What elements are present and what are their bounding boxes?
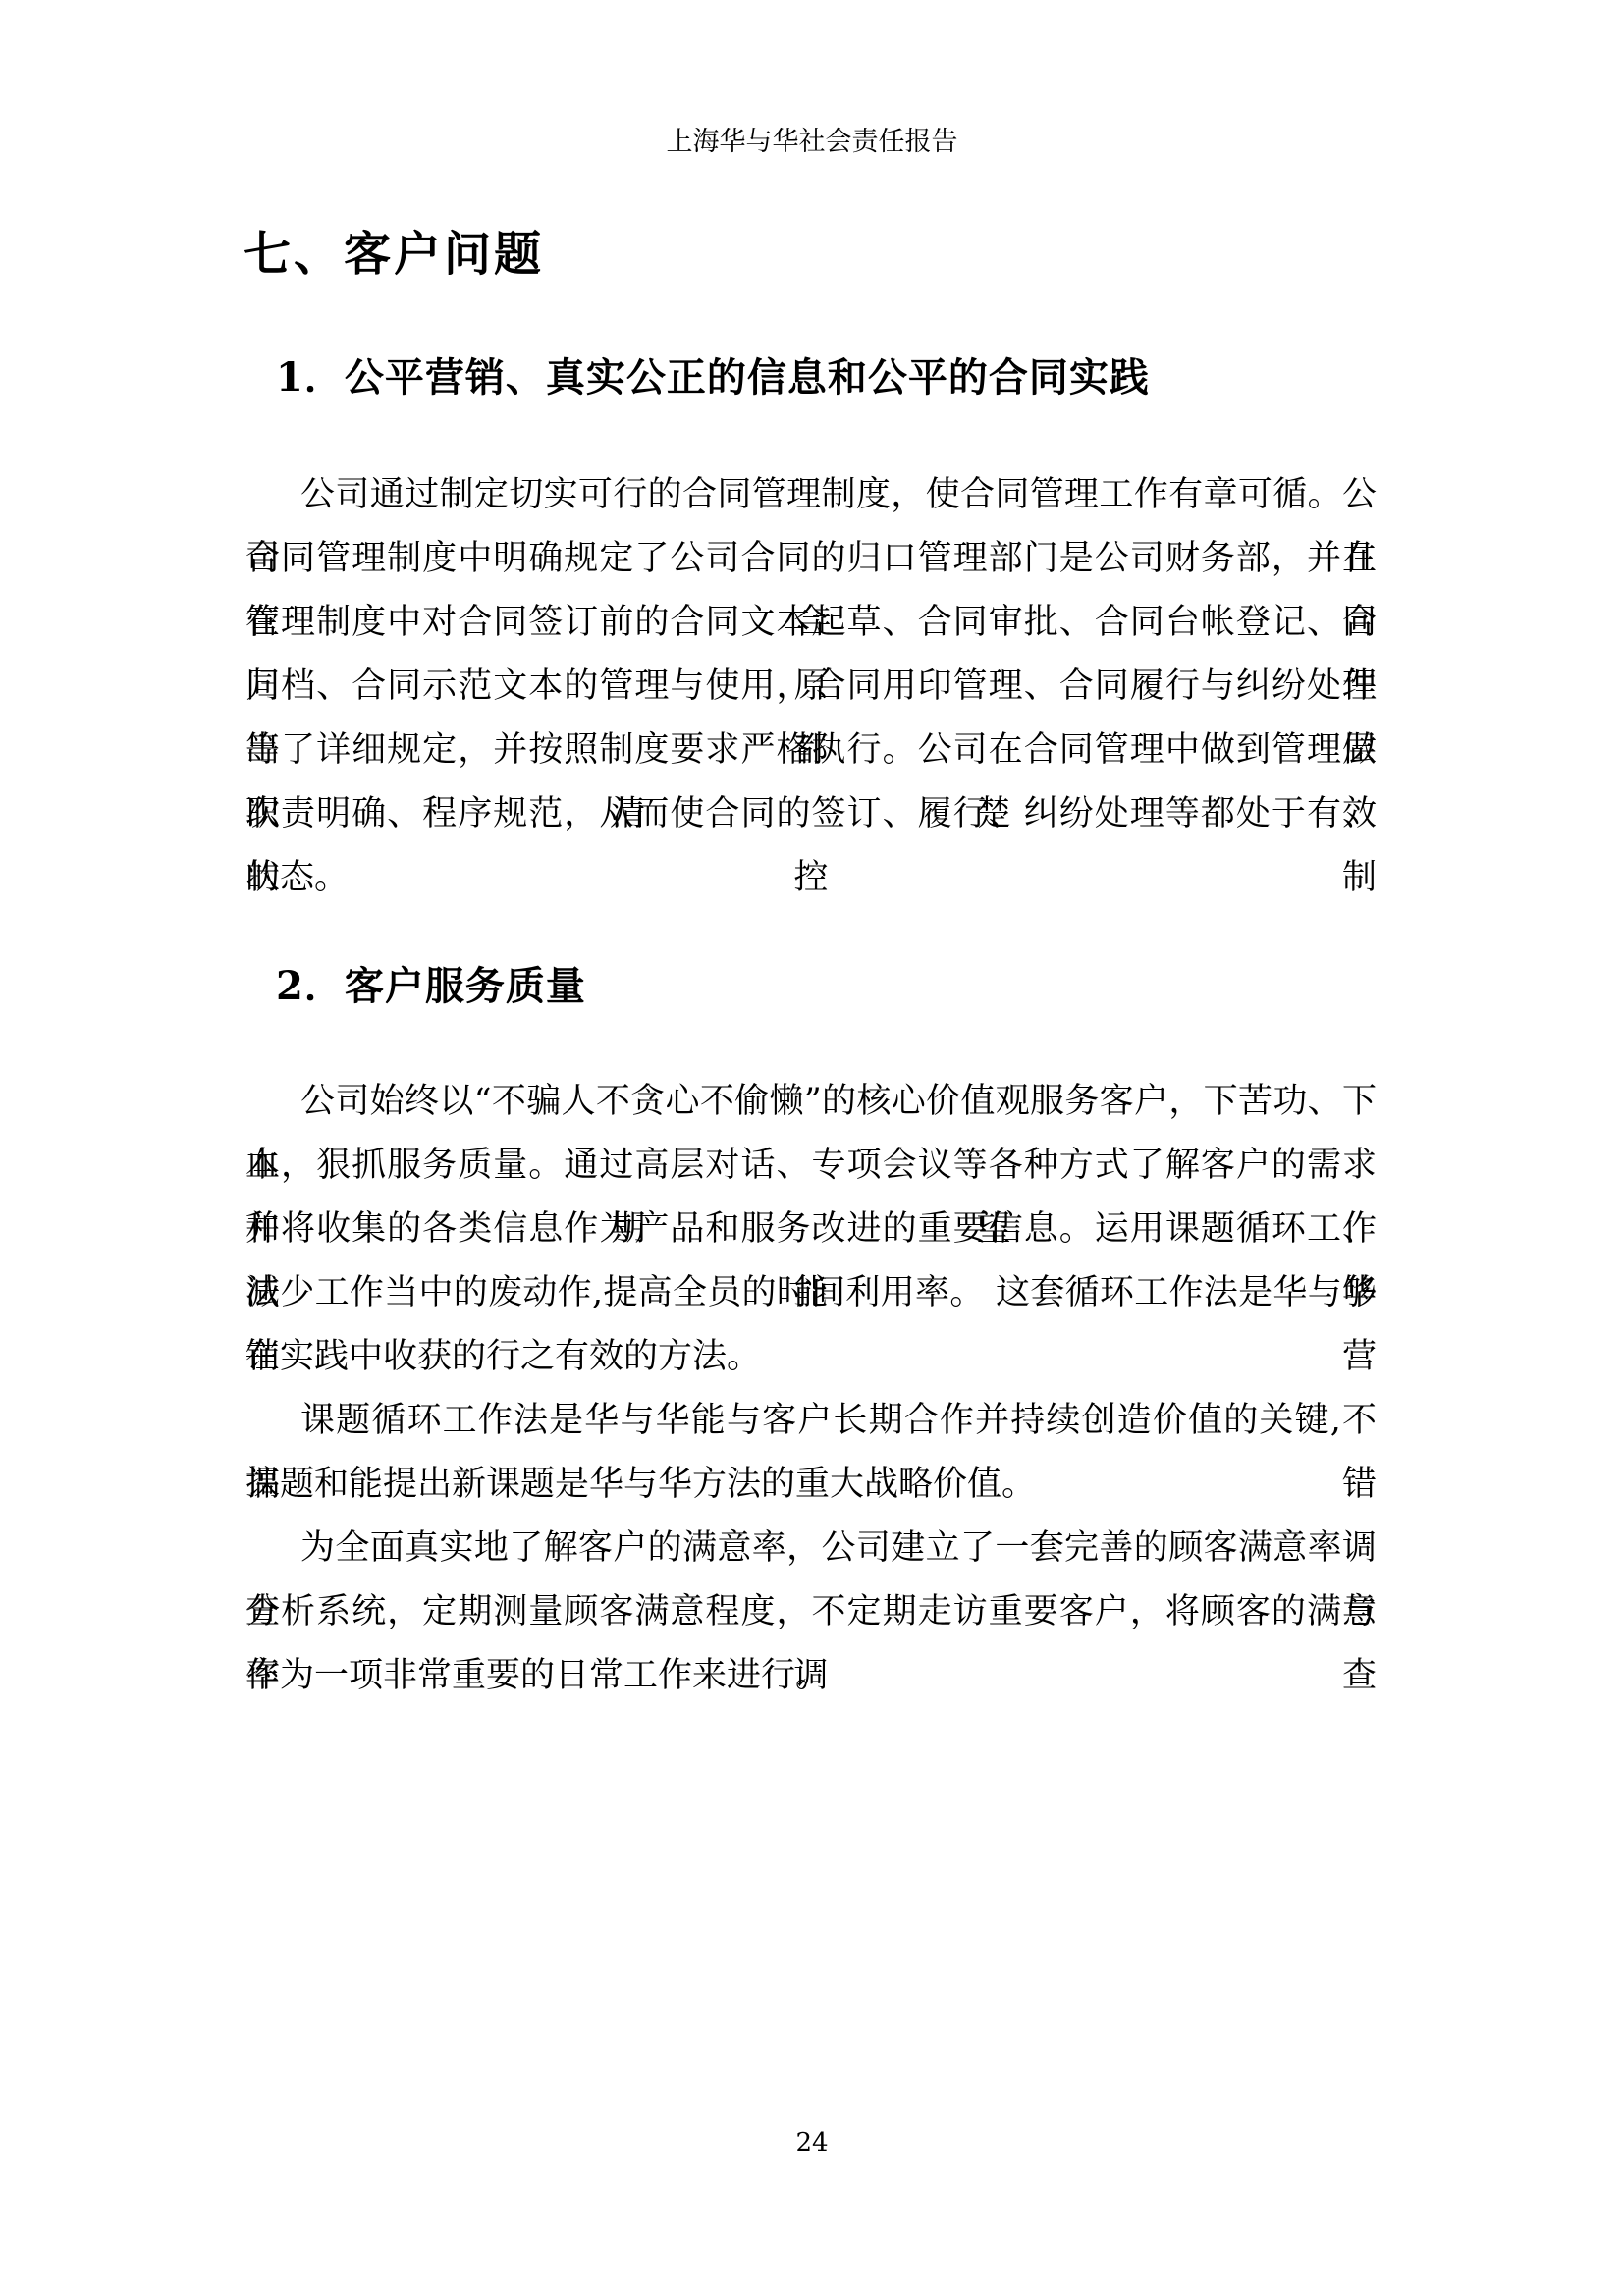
- section-heading-2: 2．客户服务质量: [276, 964, 586, 1009]
- section-1-body: 公司通过制定切实可行的合同管理制度，使合同管理工作有章可循。公司在合同管理制度中…: [245, 463, 1377, 910]
- body-line: 职责明确、程序规范，从而使合同的签订、履行、纠纷处理等都处于有效的控制: [245, 782, 1377, 846]
- body-line: 为全面真实地了解客户的满意率，公司建立了一套完善的顾客满意率调查与: [245, 1517, 1377, 1580]
- body-line: 管理制度中对合同签订前的合同文本起草、合同审批、合同台帐登记、合同原件: [245, 591, 1377, 655]
- body-line: 出了详细规定，并按照制度要求严格执行。公司在合同管理中做到管理层次清楚、: [245, 719, 1377, 782]
- body-line: 本，狠抓服务质量。通过高层对话、专项会议等各种方式了解客户的需求和期望、: [245, 1134, 1377, 1198]
- body-line: 合同管理制度中明确规定了公司合同的归口管理部门是公司财务部，并且在合同: [245, 527, 1377, 591]
- body-line: 公司通过制定切实可行的合同管理制度，使合同管理工作有章可循。公司在: [245, 463, 1377, 527]
- body-line: 并将收集的各类信息作为产品和服务改进的重要信息。运用课题循环工作法能够: [245, 1198, 1377, 1261]
- document-page: 上海华与华社会责任报告 七、客户问题 1．公平营销、真实公正的信息和公平的合同实…: [0, 0, 1624, 2296]
- body-line: 公司始终以“不骗人不贪心不偷懒”的核心价值观服务客户，下苦功、下血: [245, 1070, 1377, 1134]
- page-header: 上海华与华社会责任报告: [0, 128, 1624, 157]
- body-line: 课题循环工作法是华与华能与客户长期合作并持续创造价值的关键,不搞错: [245, 1389, 1377, 1453]
- body-line: 分析系统，定期测量顾客满意程度，不定期走访重要客户，将顾客的满意率调查: [245, 1580, 1377, 1644]
- page-number: 24: [0, 2128, 1624, 2158]
- chapter-title: 七、客户问题: [244, 228, 544, 281]
- section-2-body: 公司始终以“不骗人不贪心不偷懒”的核心价值观服务客户，下苦功、下血本，狠抓服务质…: [245, 1070, 1377, 1708]
- body-line: 归档、合同示范文本的管理与使用，合同用印管理、合同履行与纠纷处理等都做: [245, 655, 1377, 719]
- body-line: 减少工作当中的废动作,提高全员的时间利用率。 这套循环工作法是华与华在营: [245, 1261, 1377, 1325]
- section-heading-1: 1．公平营销、真实公正的信息和公平的合同实践: [276, 355, 1150, 400]
